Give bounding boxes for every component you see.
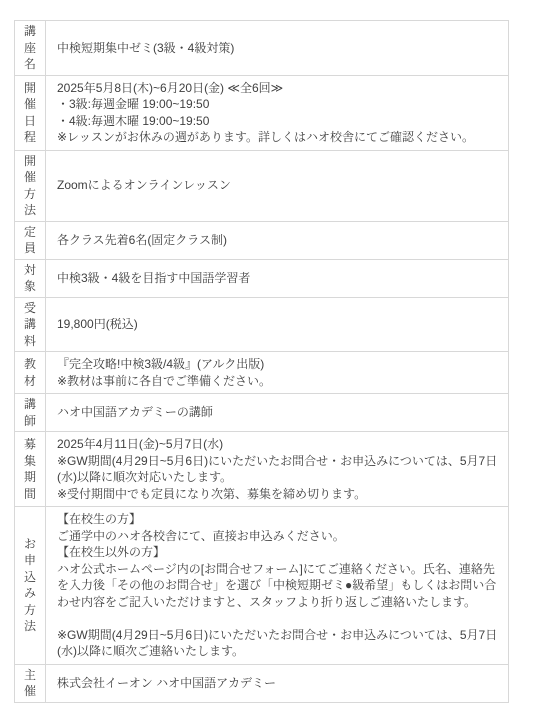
row-content-instructor: ハオ中国語アカデミーの講師 (46, 394, 509, 432)
content-line: 中検3級・4級を目指す中国語学習者 (57, 270, 500, 287)
content-line: 株式会社イーオン ハオ中国語アカデミー (57, 675, 500, 692)
table-row-fee: 受講料 19,800円(税込) (15, 297, 509, 352)
course-info-table: 講座名 中検短期集中ゼミ(3級・4級対策) 開催日程 2025年5月8日(木)~… (14, 20, 509, 703)
row-header-label: お申込み方法 (24, 536, 36, 635)
row-content-fee: 19,800円(税込) (46, 297, 509, 352)
content-line: 『完全攻略!中検3級/4級』(アルク出版) (57, 356, 500, 373)
table-row-target: 対象 中検3級・4級を目指す中国語学習者 (15, 259, 509, 297)
table-row-capacity: 定員 各クラス先着6名(固定クラス制) (15, 221, 509, 259)
row-header-target: 対象 (15, 259, 46, 297)
row-header-course-name: 講座名 (15, 21, 46, 76)
content-line: ご通学中のハオ各校舎にて、直接お申込みください。 (57, 528, 500, 545)
content-line-blank (57, 610, 500, 627)
row-header-label: 定員 (24, 224, 36, 257)
row-content-course-name: 中検短期集中ゼミ(3級・4級対策) (46, 21, 509, 76)
content-line: 中検短期集中ゼミ(3級・4級対策) (57, 40, 500, 57)
row-content-target: 中検3級・4級を目指す中国語学習者 (46, 259, 509, 297)
row-header-label: 講師 (24, 396, 36, 429)
content-line: ※GW期間(4月29日~5月6日)にいただいたお問合せ・お申込みについては、5月… (57, 627, 500, 660)
row-header-method: 開催方法 (15, 150, 46, 221)
row-header-label: 主催 (24, 667, 36, 700)
row-header-label: 対象 (24, 262, 36, 295)
content-line: ※教材は事前に各自でご準備ください。 (57, 373, 500, 390)
row-content-organizer: 株式会社イーオン ハオ中国語アカデミー (46, 664, 509, 702)
row-header-schedule: 開催日程 (15, 75, 46, 150)
course-info-table-body: 講座名 中検短期集中ゼミ(3級・4級対策) 開催日程 2025年5月8日(木)~… (15, 21, 509, 703)
row-content-how-to-apply: 【在校生の方】 ご通学中のハオ各校舎にて、直接お申込みください。 【在校生以外の… (46, 507, 509, 665)
row-header-how-to-apply: お申込み方法 (15, 507, 46, 665)
row-header-label: 受講料 (24, 300, 36, 350)
row-header-application-period: 募集期間 (15, 432, 46, 507)
content-line: 【在校生の方】 (57, 511, 500, 528)
table-row-schedule: 開催日程 2025年5月8日(木)~6月20日(金) ≪全6回≫ ・3級:毎週金… (15, 75, 509, 150)
content-line: ハオ中国語アカデミーの講師 (57, 404, 500, 421)
content-line: ・3級:毎週金曜 19:00~19:50 (57, 96, 500, 113)
row-header-label: 募集期間 (24, 436, 36, 502)
row-content-application-period: 2025年4月11日(金)~5月7日(水) ※GW期間(4月29日~5月6日)に… (46, 432, 509, 507)
table-row-course-name: 講座名 中検短期集中ゼミ(3級・4級対策) (15, 21, 509, 76)
table-row-how-to-apply: お申込み方法 【在校生の方】 ご通学中のハオ各校舎にて、直接お申込みください。 … (15, 507, 509, 665)
row-header-label: 開催方法 (24, 153, 36, 219)
row-header-label: 講座名 (24, 23, 36, 73)
content-line: 2025年5月8日(木)~6月20日(金) ≪全6回≫ (57, 80, 500, 97)
row-header-instructor: 講師 (15, 394, 46, 432)
table-row-application-period: 募集期間 2025年4月11日(金)~5月7日(水) ※GW期間(4月29日~5… (15, 432, 509, 507)
row-content-capacity: 各クラス先着6名(固定クラス制) (46, 221, 509, 259)
row-header-label: 教材 (24, 356, 36, 389)
table-row-instructor: 講師 ハオ中国語アカデミーの講師 (15, 394, 509, 432)
content-line: Zoomによるオンラインレッスン (57, 177, 500, 194)
row-header-label: 開催日程 (24, 80, 36, 146)
row-header-capacity: 定員 (15, 221, 46, 259)
content-line: ※GW期間(4月29日~5月6日)にいただいたお問合せ・お申込みについては、5月… (57, 453, 500, 486)
row-header-fee: 受講料 (15, 297, 46, 352)
table-row-materials: 教材 『完全攻略!中検3級/4級』(アルク出版) ※教材は事前に各自でご準備くだ… (15, 352, 509, 394)
row-content-method: Zoomによるオンラインレッスン (46, 150, 509, 221)
row-content-schedule: 2025年5月8日(木)~6月20日(金) ≪全6回≫ ・3級:毎週金曜 19:… (46, 75, 509, 150)
content-line: 2025年4月11日(金)~5月7日(水) (57, 436, 500, 453)
row-header-materials: 教材 (15, 352, 46, 394)
row-header-organizer: 主催 (15, 664, 46, 702)
content-line: 【在校生以外の方】 (57, 544, 500, 561)
row-content-materials: 『完全攻略!中検3級/4級』(アルク出版) ※教材は事前に各自でご準備ください。 (46, 352, 509, 394)
content-line: ※レッスンがお休みの週があります。詳しくはハオ校舎にてご確認ください。 (57, 129, 500, 146)
table-row-method: 開催方法 Zoomによるオンラインレッスン (15, 150, 509, 221)
content-line: ※受付期間中でも定員になり次第、募集を締め切ります。 (57, 486, 500, 503)
content-line: ・4級:毎週木曜 19:00~19:50 (57, 113, 500, 130)
content-line: 19,800円(税込) (57, 316, 500, 333)
content-line: ハオ公式ホームページ内の[お問合せフォーム]にてご連絡ください。氏名、連絡先を入… (57, 561, 500, 611)
content-line: 各クラス先着6名(固定クラス制) (57, 232, 500, 249)
table-row-organizer: 主催 株式会社イーオン ハオ中国語アカデミー (15, 664, 509, 702)
